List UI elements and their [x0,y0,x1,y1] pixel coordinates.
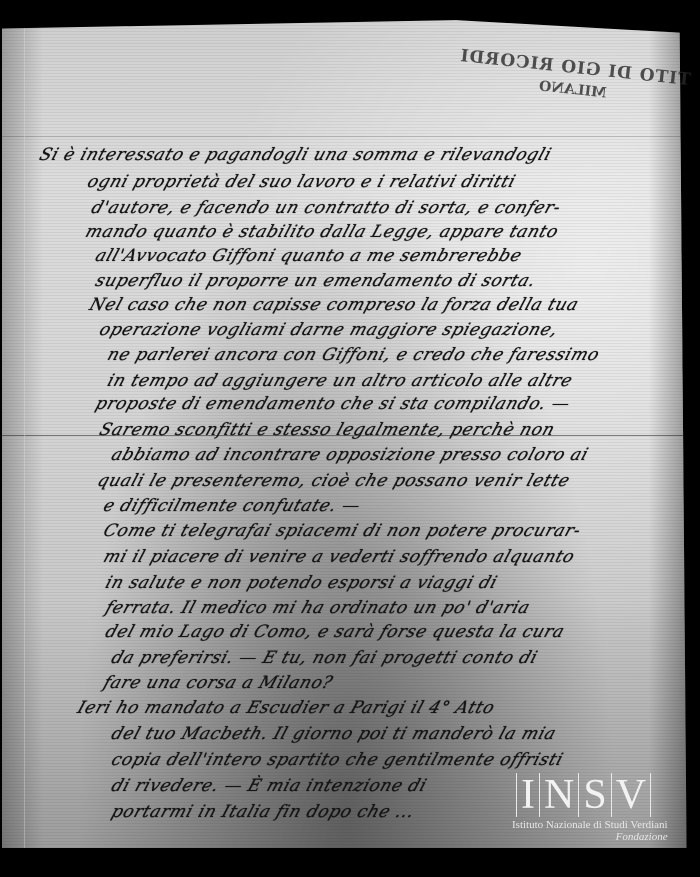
logo-letter: V [616,773,646,817]
text-line: Nel caso che non capisse compreso la for… [87,295,582,315]
text-line: d'autore, e facendo un contratto di sort… [89,198,564,218]
institution-subtitle: Fondazione [512,831,668,843]
logo-divider [611,773,612,817]
logo-letter: N [544,773,574,817]
institution-name: Istituto Nazionale di Studi Verdiani [512,819,668,831]
text-line: in salute e non potendo esporsi a viaggi… [103,573,500,593]
logo-divider [539,773,540,817]
text-line: fare una corsa a Milano? [101,673,336,693]
text-line: abbiamo ad incontrare opposizione presso… [109,445,591,465]
logo-letter: S [583,773,606,817]
text-line: ogni proprietà del suo lavoro e i relati… [85,172,519,192]
insv-logo-mark: I N S V [512,773,668,817]
text-line: in tempo ad aggiungere un altro articolo… [105,371,576,391]
logo-divider [578,773,579,817]
text-line: del mio Lago di Como, e sarà forse quest… [103,622,567,642]
logo-letter: I [521,773,535,817]
text-line: Si è interessato e pagandogli una somma … [37,145,554,165]
text-line: Saremo sconfitti e stesso legalmente, pe… [97,420,558,440]
insv-watermark-logo: I N S V Istituto Nazionale di Studi Verd… [512,773,668,843]
handwritten-text: Si è interessato e pagandogli una somma … [0,0,700,877]
text-line: ne parlerei ancora con Giffoni, e credo … [105,345,603,365]
text-line: superfluo il proporre un emendamento di … [93,271,539,291]
text-line: quali le presenteremo, cioè che possano … [95,471,573,491]
text-line: di rivedere. — È mia intenzione di [109,776,430,796]
logo-divider [650,773,651,817]
text-line: copia dell'intero spartito che gentilmen… [109,750,566,770]
text-line: e difficilmente confutate. — [101,496,364,516]
text-line: operazione vogliami darne maggiore spieg… [97,320,561,340]
logo-divider [516,773,517,817]
text-line: del tuo Macbeth. Il giorno poi ti mander… [109,724,559,744]
text-line: all'Avvocato Giffoni quanto a me sembrer… [93,246,525,266]
text-line: mando quanto è stabilito dalla Legge, ap… [83,222,561,242]
text-line: portarmi in Italia fin dopo che ... [109,802,418,822]
text-line: da preferirsi. — E tu, non fai progetti … [109,648,541,668]
text-line: proposte di emendamento che si sta compi… [93,394,573,414]
text-line: Ieri ho mandato a Escudier a Parigi il 4… [75,698,498,718]
text-line: mi il piacere di venire a vederti soffre… [101,547,578,567]
text-line: Come ti telegrafai spiacemi di non poter… [101,521,584,541]
text-line: ferrata. Il medico mi ha ordinato un po'… [103,598,533,618]
